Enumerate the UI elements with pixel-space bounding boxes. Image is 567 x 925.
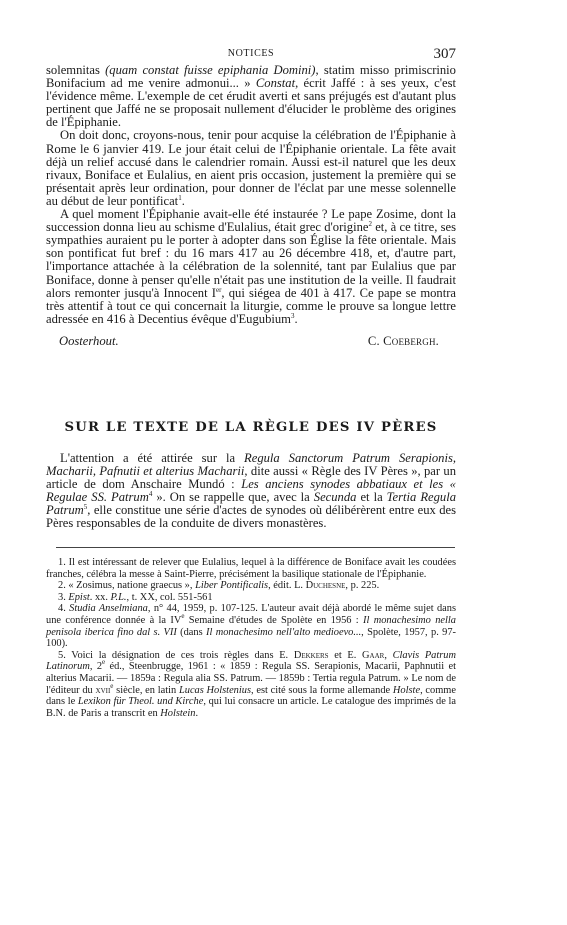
signature: Oosterhout. C. Coebergh. <box>46 335 456 349</box>
running-head: NOTICES 307 <box>46 46 456 62</box>
footnote-number: 1. <box>58 557 69 568</box>
footnote-number: 3. <box>58 592 68 603</box>
article-1-body: solemnitas (quam constat fuisse epiphani… <box>46 64 456 349</box>
footnote: 5. Voici la désignation de ces trois règ… <box>46 650 456 720</box>
footnote: 2. « Zosimus, natione graecus », Liber P… <box>46 580 456 592</box>
footnote: 1. Il est intéressant de relever que Eul… <box>46 557 456 580</box>
signature-place: Oosterhout. <box>59 335 119 348</box>
paragraph: solemnitas (quam constat fuisse epiphani… <box>46 64 456 129</box>
footnotes: 1. Il est intéressant de relever que Eul… <box>46 557 456 719</box>
article-2-body: L'attention a été attirée sur la Regula … <box>46 452 456 531</box>
document-page: NOTICES 307 solemnitas (quam constat fui… <box>0 0 567 925</box>
footnote: 4. Studia Anselmiana, n° 44, 1959, p. 10… <box>46 603 456 649</box>
footnote: 3. Epist. xx. P.L., t. XX, col. 551-561 <box>46 592 456 604</box>
article-2-title: SUR LE TEXTE DE LA RÈGLE DES IV PÈRES <box>46 420 456 435</box>
footnote-number: 5. <box>58 650 71 661</box>
footnote-number: 2. <box>58 580 68 591</box>
paragraph: On doit donc, croyons-nous, tenir pour a… <box>46 129 456 208</box>
footnote-divider <box>56 547 455 548</box>
page-number: 307 <box>434 46 457 63</box>
running-title: NOTICES <box>46 48 456 59</box>
signature-author: C. Coebergh. <box>368 335 439 348</box>
paragraph: L'attention a été attirée sur la Regula … <box>46 452 456 531</box>
footnote-number: 4. <box>58 603 69 614</box>
paragraph: A quel moment l'Épiphanie avait-elle été… <box>46 208 456 326</box>
